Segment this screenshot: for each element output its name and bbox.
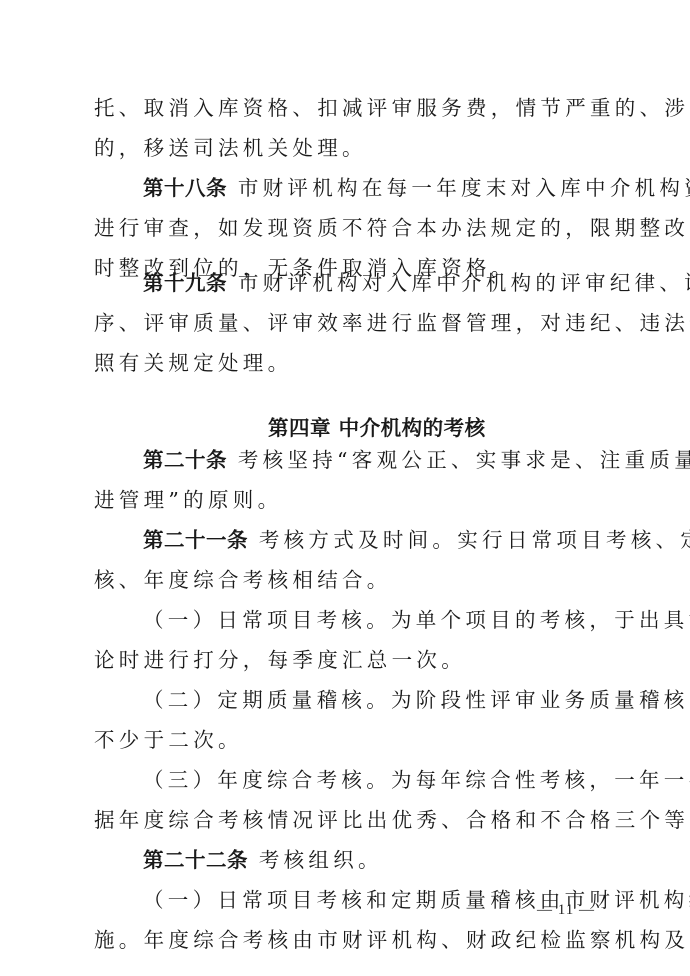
body-text-line: 进管理”的原则。 [94,480,282,520]
page-number: — 11 — [537,902,595,919]
clause-item: （一）日常项目考核和定期质量稽核由市财评机构组织实 [143,880,690,920]
article-text: 考核坚持“客观公正、实事求是、注重质量、促 [238,448,690,472]
article-number: 第十九条 [143,271,227,295]
clause-item: （一）日常项目考核。为单个项目的考核，于出具评审结 [143,600,690,640]
article-text: 考核方式及时间。实行日常项目考核、定期稽 [259,528,690,552]
body-text-line: 进行审查，如发现资质不符合本办法规定的，限期整改，未及 [94,208,690,248]
article-21: 第二十一条 考核方式及时间。实行日常项目考核、定期稽 [143,520,690,560]
body-text-line: 托、取消入库资格、扣减评审服务费，情节严重的、涉嫌违法 [94,88,690,128]
article-number: 第二十二条 [143,848,248,872]
body-text-line: 序、评审质量、评审效率进行监督管理，对违纪、违法情况按 [94,303,690,343]
article-number: 第二十条 [143,448,227,472]
article-text: 考核组织。 [259,848,383,872]
clause-item: （三）年度综合考核。为每年综合性考核，一年一次，根 [143,760,690,800]
body-text-line: 施。年度综合考核由市财评机构、财政纪检监察机构及有关专 [94,920,690,960]
article-18: 第十八条 市财评机构在每一年度末对入库中介机构资质 [143,168,690,208]
clause-item: （二）定期质量稽核。为阶段性评审业务质量稽核，每年 [143,680,690,720]
body-text-line: 论时进行打分，每季度汇总一次。 [94,640,466,680]
body-text-line: 照有关规定处理。 [94,343,292,383]
body-text-line: 据年度综合考核情况评比出优秀、合格和不合格三个等次。 [94,800,690,840]
body-text-line: 核、年度综合考核相结合。 [94,560,392,600]
article-text: 市财评机构对入库中介机构的评审纪律、评审程 [238,271,690,295]
body-text-line: 不少于二次。 [94,720,243,760]
article-text: 市财评机构在每一年度末对入库中介机构资质 [238,176,690,200]
article-20: 第二十条 考核坚持“客观公正、实事求是、注重质量、促 [143,440,690,480]
article-19: 第十九条 市财评机构对入库中介机构的评审纪律、评审程 [143,263,690,303]
article-number: 第十八条 [143,176,227,200]
article-number: 第二十一条 [143,528,248,552]
article-22: 第二十二条 考核组织。 [143,840,383,880]
body-text-line: 的，移送司法机关处理。 [94,128,367,168]
